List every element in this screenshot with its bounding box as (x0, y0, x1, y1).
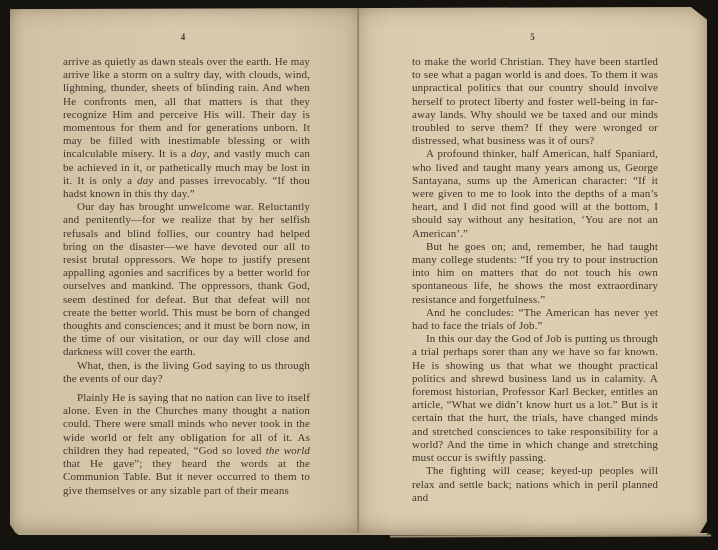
page-number-left: 4 (10, 32, 357, 42)
body-text: In this our day the God of Job is puttin… (412, 333, 658, 464)
body-text: What, then, is the living God saying to … (63, 360, 310, 385)
paragraph: What, then, is the living God saying to … (63, 360, 310, 386)
left-page: 4 arrive as quietly as dawn steals over … (10, 7, 357, 533)
body-text: to make the world Christian. They have b… (412, 56, 658, 147)
body-text: arrive as quietly as dawn steals over th… (63, 56, 310, 160)
paragraph: The fighting will cease; keyed-up people… (412, 465, 658, 505)
paragraph: In this our day the God of Job is puttin… (412, 333, 658, 465)
body-text: Our day has brought unwelcome war. Reluc… (63, 201, 310, 358)
italic-text: day (191, 148, 207, 160)
body-text: that He gave”; they heard the words at t… (63, 458, 310, 496)
body-text: But he goes on; and, remember, he had ta… (412, 241, 658, 306)
right-page: 5 to make the world Christian. They have… (359, 7, 707, 533)
right-page-text: to make the world Christian. They have b… (412, 56, 658, 505)
italic-text: the world (266, 445, 310, 457)
italic-text: day (137, 175, 153, 187)
body-text: The fighting will cease; keyed-up people… (412, 465, 658, 503)
left-page-text: arrive as quietly as dawn steals over th… (63, 56, 310, 498)
body-text: And he concludes: “The American has neve… (412, 307, 658, 332)
paragraph: But he goes on; and, remember, he had ta… (412, 241, 658, 307)
page-stack-edge (390, 534, 711, 537)
paragraph: Plainly He is saying that no nation can … (63, 392, 310, 498)
paragraph: A profound thinker, half American, half … (412, 148, 658, 240)
paragraph: to make the world Christian. They have b… (412, 56, 658, 148)
book-spread: 4 arrive as quietly as dawn steals over … (10, 7, 707, 533)
paragraph: arrive as quietly as dawn steals over th… (63, 56, 310, 201)
page-number-right: 5 (359, 32, 707, 42)
body-text: A profound thinker, half American, half … (412, 148, 658, 239)
paragraph: Our day has brought unwelcome war. Reluc… (63, 201, 310, 359)
paragraph: And he concludes: “The American has neve… (412, 307, 658, 333)
photo-frame: 4 arrive as quietly as dawn steals over … (0, 0, 718, 550)
